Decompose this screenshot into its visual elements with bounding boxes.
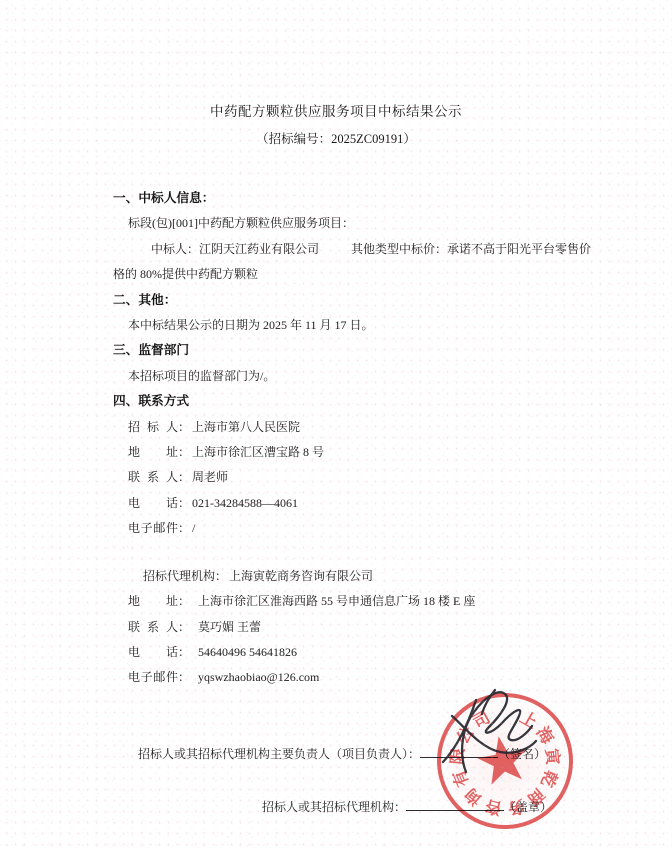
tenderer-contact-person: 周老师	[190, 470, 228, 484]
section-4-heading: 四、联系方式	[113, 389, 588, 414]
agency-email: yqswzhaobiao@126.com	[190, 670, 319, 684]
signature-underline	[420, 745, 498, 758]
agency-contact-person: 莫巧媚 王蕾	[190, 620, 261, 634]
official-seal: 上海寅乾商务咨询有限公司	[437, 693, 573, 829]
seal-text-char: 询	[459, 783, 487, 812]
project-leader-signature-line: 招标人或其招标代理机构主要负责人（项目负责人）：（签名）	[138, 745, 546, 763]
contact-row-tenderer: 招标人：上海市第八人民医院	[113, 415, 588, 440]
agency-row-person: 联系人：莫巧媚 王蕾	[113, 615, 588, 640]
tenderer-name: 上海市第八人民医院	[190, 420, 300, 434]
seal-text-char: 限	[443, 747, 469, 766]
price-condition-line2: 格的 80%提供中药配方颗粒	[113, 262, 588, 287]
agency-phone: 54640496 54641826	[190, 645, 297, 659]
document-body: 一、中标人信息： 标段(包)[001]中药配方颗粒供应服务项目： 中标人：江阴天…	[113, 186, 588, 691]
tenderer-address: 上海市徐汇区漕宝路 8 号	[190, 445, 324, 459]
seal-text-char: 商	[523, 784, 551, 813]
agency-stamp-line: 招标人或其招标代理机构：（盖章）	[262, 798, 552, 816]
agency-row-phone: 电话：54640496 54641826	[113, 640, 588, 665]
contact-row-phone: 电话：021-34284588—4061	[113, 491, 588, 516]
seal-text-char: 乾	[536, 767, 564, 791]
agency-row-name: 招标代理机构：上海寅乾商务咨询有限公司	[113, 564, 588, 589]
agency-row-email: 电子邮件：yqswzhaobiao@126.com	[113, 665, 588, 690]
seal-text-char: 司	[468, 704, 494, 733]
supervision-line: 本招标项目的监督部门为/。	[113, 364, 588, 389]
price-condition-line1: 其他类型中标价：承诺不高于阳光平台零售价	[351, 242, 591, 256]
scanned-document-page: 中药配方颗粒供应服务项目中标结果公示 （招标编号：2025ZC09191） 一、…	[0, 0, 672, 849]
section-1-heading: 一、中标人信息：	[113, 186, 588, 211]
seal-text-char: 有	[445, 767, 473, 791]
agency-name: 上海寅乾商务咨询有限公司	[227, 569, 373, 583]
contact-row-email: 电子邮件：/	[113, 516, 588, 541]
block-spacer	[113, 542, 588, 564]
seal-ring	[437, 693, 573, 829]
stamp-underline	[406, 798, 504, 811]
contact-row-person: 联系人：周老师	[113, 465, 588, 490]
seal-text-char: 公	[449, 721, 478, 748]
agency-row-address: 地址：上海市徐汇区淮海西路 55 号申通信息广场 18 楼 E 座	[113, 589, 588, 614]
contact-row-address: 地址：上海市徐汇区漕宝路 8 号	[113, 440, 588, 465]
agency-address: 上海市徐汇区淮海西路 55 号申通信息广场 18 楼 E 座	[190, 594, 475, 608]
seal-text-char: 咨	[482, 795, 504, 822]
winner-name: 中标人：江阴天江药业有限公司	[151, 242, 319, 256]
seal-text-char: 海	[532, 721, 561, 748]
tender-number: （招标编号：2025ZC09191）	[0, 131, 672, 147]
seal-text-char: 上	[516, 704, 542, 733]
tenderer-email: /	[190, 521, 195, 535]
publish-date-line: 本中标结果公示的日期为 2025 年 11 月 17 日。	[113, 313, 588, 338]
lot-line: 标段(包)[001]中药配方颗粒供应服务项目：	[113, 211, 588, 236]
section-3-heading: 三、监督部门	[113, 338, 588, 363]
seal-star-icon	[475, 733, 531, 789]
section-2-heading: 二、其他：	[113, 288, 588, 313]
seal-text-char: 务	[506, 795, 528, 822]
seal-text-char: 寅	[541, 747, 566, 766]
document-title: 中药配方颗粒供应服务项目中标结果公示	[0, 103, 672, 121]
tenderer-phone: 021-34284588—4061	[190, 496, 298, 510]
winner-line: 中标人：江阴天江药业有限公司其他类型中标价：承诺不高于阳光平台零售价	[113, 237, 588, 262]
